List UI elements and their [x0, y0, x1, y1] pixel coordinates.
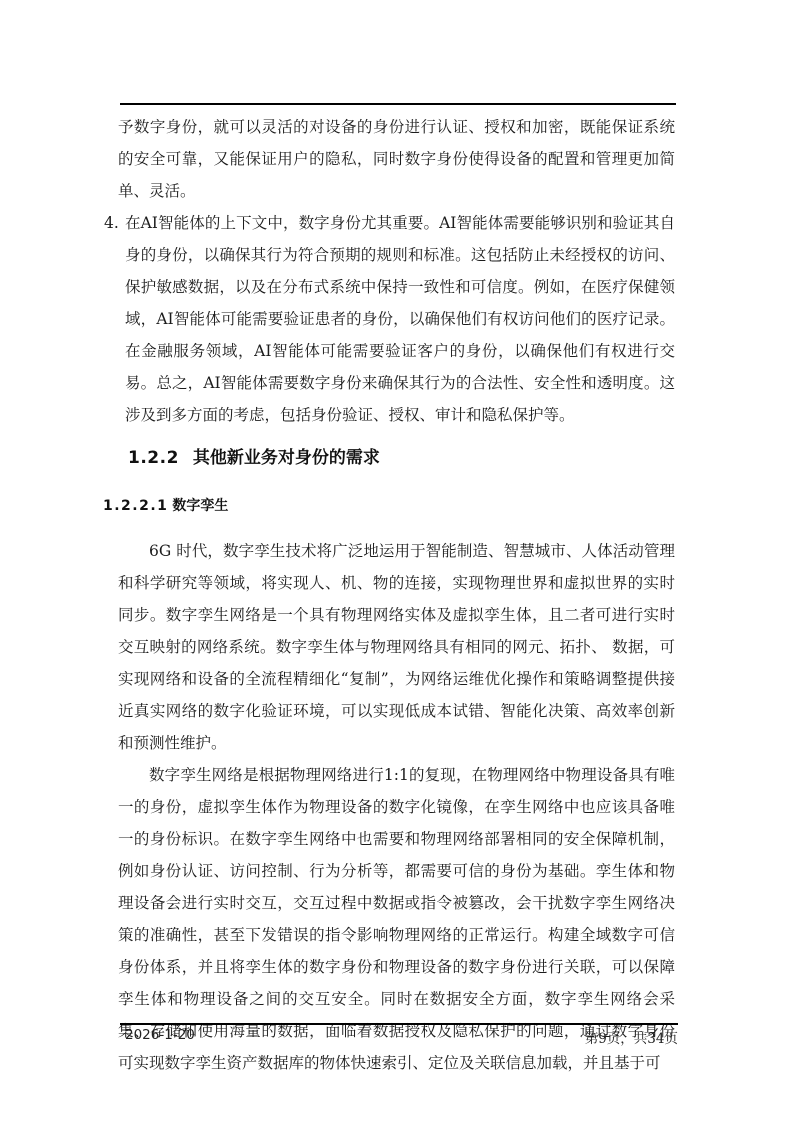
footer-page-number: 第9页，共34页 [585, 1027, 678, 1047]
continuation-paragraph: 予数字身份，就可以灵活的对设备的身份进行认证、授权和加密，既能保证系统的安全可靠… [118, 111, 675, 207]
numbered-list-item-4: 4. 在AI智能体的上下文中，数字身份尤其重要。AI智能体需要能够识别和验证其自… [118, 207, 675, 431]
footer-date: 2026-1-20 [125, 1027, 195, 1043]
section-heading: 1.2.2其他新业务对身份的需求 [128, 446, 675, 470]
page-body: 予数字身份，就可以灵活的对设备的身份进行认证、授权和加密，既能保证系统的安全可靠… [118, 111, 675, 1079]
list-item-text: 在AI智能体的上下文中，数字身份尤其重要。AI智能体需要能够识别和验证其自身的身… [125, 214, 675, 424]
subsection-heading-title: 数字孪生 [172, 498, 228, 514]
subsection-heading-number: 1.2.2.1 [103, 498, 168, 514]
subsection-heading: 1.2.2.1数字孪生 [103, 496, 675, 516]
paragraph-digital-twin-1: 6G 时代，数字孪生技术将广泛地运用于智能制造、智慧城市、人体活动管理和科学研究… [118, 535, 675, 759]
section-heading-title: 其他新业务对身份的需求 [193, 448, 380, 468]
section-heading-number: 1.2.2 [128, 448, 179, 468]
document-page: 予数字身份，就可以灵活的对设备的身份进行认证、授权和加密，既能保证系统的安全可靠… [0, 0, 794, 1123]
list-item-number: 4. [104, 207, 119, 239]
header-rule [120, 103, 676, 105]
footer-rule [120, 1023, 678, 1025]
